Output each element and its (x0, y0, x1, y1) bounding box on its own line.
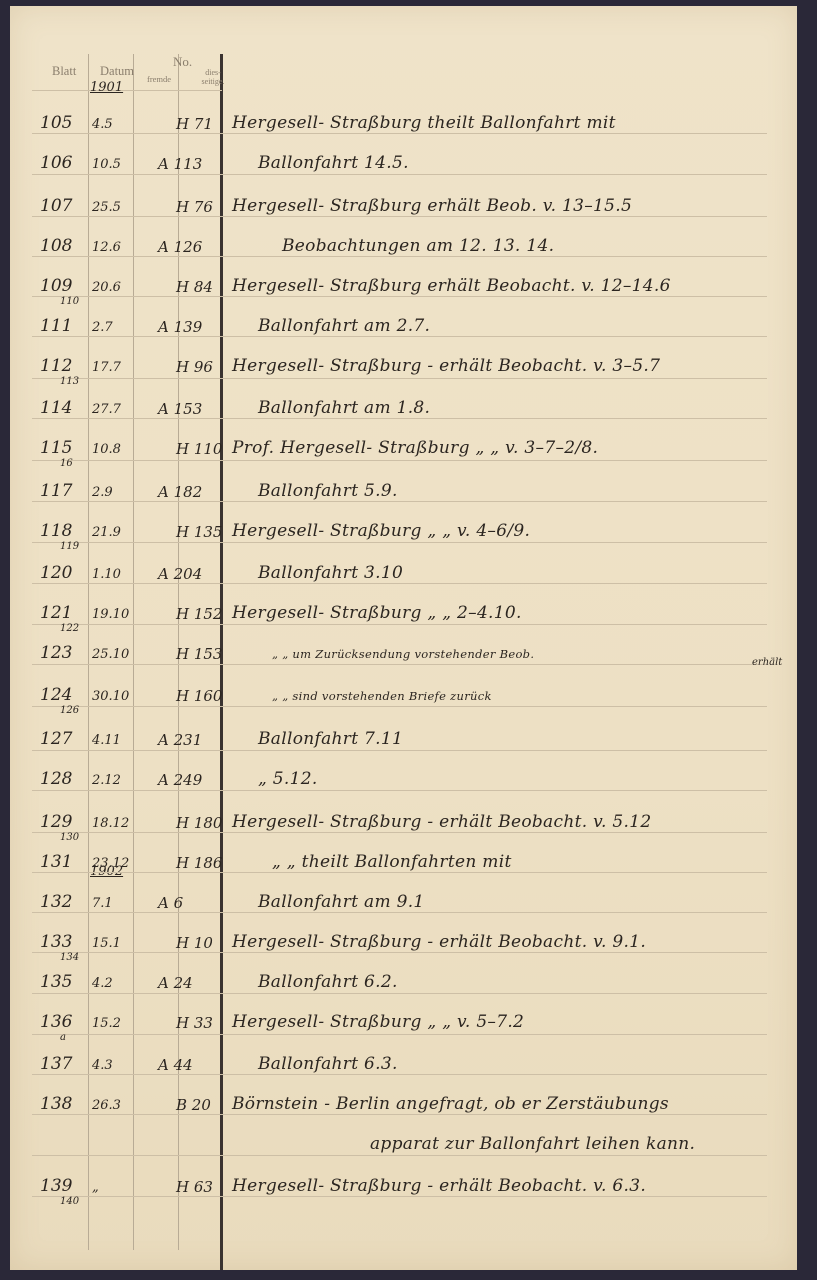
blatt-number: 123 (40, 643, 72, 663)
correspondence-number: H 135 (176, 523, 222, 541)
row-rule (32, 336, 767, 337)
row-rule (32, 216, 767, 217)
blatt-number: 132 (40, 892, 72, 912)
year-label: 1901 (90, 80, 123, 95)
row-rule (32, 1114, 767, 1115)
header-diesseitige: dies- seitige. (195, 68, 231, 86)
row-rule (32, 583, 767, 584)
correspondence-number: A 24 (158, 974, 193, 992)
row-rule (32, 174, 767, 175)
ledger-page: Blatt Datum No. fremde dies- seitige. 19… (10, 6, 797, 1270)
row-rule (32, 296, 767, 297)
correspondence-number: H 160 (176, 687, 222, 705)
column-divider (88, 54, 89, 1250)
entry-text: Hergesell- Straßburg - erhält Beobacht. … (232, 812, 651, 832)
correspondence-number: H 76 (176, 198, 213, 216)
blatt-number: 121 (40, 603, 72, 623)
entry-text: Ballonfahrt 6.2. (258, 972, 398, 992)
entry-text: Hergesell- Straßburg „ „ v. 4–6/9. (232, 521, 530, 541)
row-rule (32, 418, 767, 419)
blatt-sub-number: 130 (60, 832, 79, 843)
entry-date: 18.12 (92, 816, 129, 831)
entry-date: 7.1 (92, 896, 113, 911)
entry-text: „ „ um Zurücksendung vorstehender Beob. (272, 647, 534, 661)
entry-text: Ballonfahrt am 1.8. (258, 398, 430, 418)
correspondence-number: H 153 (176, 645, 222, 663)
entry-date: 23.12 (92, 856, 129, 871)
blatt-number: 112 (40, 356, 72, 376)
blatt-number: 137 (40, 1054, 72, 1074)
entry-text: „ „ sind vorstehenden Briefe zurück (272, 689, 492, 703)
entry-date: 17.7 (92, 360, 121, 375)
row-rule (32, 1196, 767, 1197)
correspondence-number: A 126 (158, 238, 202, 256)
correspondence-number: H 152 (176, 605, 222, 623)
entry-date: 12.6 (92, 240, 121, 255)
entry-text: Hergesell- Straßburg - erhält Beobacht. … (232, 932, 646, 952)
row-rule (32, 706, 767, 707)
header-rule (32, 90, 222, 91)
blatt-sub-number: a (60, 1032, 66, 1043)
entry-text: Ballonfahrt 5.9. (258, 481, 398, 501)
row-rule (32, 664, 767, 665)
column-divider (133, 54, 134, 1250)
entry-note: erhält (752, 657, 782, 668)
blatt-number: 136 (40, 1012, 72, 1032)
correspondence-number: A 153 (158, 400, 202, 418)
entry-date: 10.8 (92, 442, 121, 457)
correspondence-number: A 182 (158, 483, 202, 501)
blatt-number: 111 (40, 316, 72, 336)
header-blatt: Blatt (52, 64, 76, 79)
correspondence-number: A 113 (158, 155, 202, 173)
row-rule (32, 832, 767, 833)
correspondence-number: H 84 (176, 278, 213, 296)
row-rule (32, 501, 767, 502)
row-rule (32, 378, 767, 379)
entry-text: Ballonfahrt 7.11 (258, 729, 403, 749)
entry-text: Ballonfahrt am 9.1 (258, 892, 425, 912)
blatt-number: 133 (40, 932, 72, 952)
entry-text: Ballonfahrt 3.10 (258, 563, 403, 583)
correspondence-number: A 204 (158, 565, 202, 583)
row-rule (32, 542, 767, 543)
blatt-number: 118 (40, 521, 72, 541)
blatt-number: 128 (40, 769, 72, 789)
header-no: No. (173, 54, 192, 70)
entry-text: Hergesell- Straßburg erhält Beobacht. v.… (232, 276, 671, 296)
row-rule (32, 1155, 767, 1156)
row-rule (32, 1074, 767, 1075)
blatt-number: 135 (40, 972, 72, 992)
entry-date: 2.9 (92, 485, 113, 500)
entry-date: 4.2 (92, 976, 113, 991)
row-rule (32, 872, 767, 873)
row-rule (32, 1034, 767, 1035)
entry-text: „ 5.12. (258, 769, 318, 789)
entry-date: 10.5 (92, 157, 121, 172)
entry-text: Hergesell- Straßburg „ „ v. 5–7.2 (232, 1012, 524, 1032)
entry-date: 15.1 (92, 936, 121, 951)
entry-date: 20.6 (92, 280, 121, 295)
blatt-number: 115 (40, 438, 72, 458)
entry-text: Hergesell- Straßburg - erhält Beobacht. … (232, 1176, 646, 1196)
row-rule (32, 912, 767, 913)
blatt-sub-number: 110 (60, 296, 79, 307)
correspondence-number: H 186 (176, 854, 222, 872)
blatt-sub-number: 113 (60, 376, 79, 387)
blatt-sub-number: 122 (60, 623, 79, 634)
entry-text: Börnstein - Berlin angefragt, ob er Zers… (232, 1094, 669, 1114)
row-rule (32, 750, 767, 751)
entry-text: Hergesell- Straßburg erhält Beob. v. 13–… (232, 196, 632, 216)
entry-text: Ballonfahrt 6.3. (258, 1054, 398, 1074)
blatt-number: 105 (40, 113, 72, 133)
entry-text: Hergesell- Straßburg „ „ 2–4.10. (232, 603, 522, 623)
row-rule (32, 460, 767, 461)
entry-date: 27.7 (92, 402, 121, 417)
entry-text: Ballonfahrt 14.5. (258, 153, 409, 173)
blatt-number: 106 (40, 153, 72, 173)
entry-text: Ballonfahrt am 2.7. (258, 316, 430, 336)
row-rule (32, 133, 767, 134)
row-rule (32, 624, 767, 625)
correspondence-number: A 6 (158, 894, 183, 912)
entry-date: 4.3 (92, 1058, 113, 1073)
blatt-number: 108 (40, 236, 72, 256)
correspondence-number: A 249 (158, 771, 202, 789)
correspondence-number: A 139 (158, 318, 202, 336)
entry-date: „ (92, 1180, 99, 1195)
row-rule (32, 256, 767, 257)
header-datum: Datum (100, 64, 134, 79)
correspondence-number: H 10 (176, 934, 213, 952)
blatt-number: 124 (40, 685, 72, 705)
entry-date: 21.9 (92, 525, 121, 540)
entry-date: 4.5 (92, 117, 113, 132)
blatt-number: 109 (40, 276, 72, 296)
blatt-number: 131 (40, 852, 72, 872)
entry-text: Hergesell- Straßburg theilt Ballonfahrt … (232, 113, 616, 133)
blatt-sub-number: 126 (60, 705, 79, 716)
blatt-number: 138 (40, 1094, 72, 1114)
correspondence-number: H 96 (176, 358, 213, 376)
correspondence-number: H 110 (176, 440, 222, 458)
blatt-number: 120 (40, 563, 72, 583)
entry-text: Beobachtungen am 12. 13. 14. (282, 236, 554, 256)
correspondence-number: H 63 (176, 1178, 213, 1196)
correspondence-number: H 180 (176, 814, 222, 832)
blatt-number: 139 (40, 1176, 72, 1196)
entry-text: Prof. Hergesell- Straßburg „ „ v. 3–7–2/… (232, 438, 598, 458)
blatt-number: 107 (40, 196, 72, 216)
row-rule (32, 993, 767, 994)
entry-date: 4.11 (92, 733, 121, 748)
blatt-sub-number: 140 (60, 1196, 79, 1207)
correspondence-number: H 33 (176, 1014, 213, 1032)
entry-date: 2.7 (92, 320, 113, 335)
correspondence-number: A 231 (158, 731, 202, 749)
entry-date: 26.3 (92, 1098, 121, 1113)
blatt-number: 117 (40, 481, 72, 501)
entry-date: 1.10 (92, 567, 121, 582)
entry-date: 25.10 (92, 647, 129, 662)
entry-date: 15.2 (92, 1016, 121, 1031)
row-rule (32, 952, 767, 953)
entry-date: 25.5 (92, 200, 121, 215)
entry-text: „ „ theilt Ballonfahrten mit (272, 852, 512, 872)
entry-date: 19.10 (92, 607, 129, 622)
row-rule (32, 790, 767, 791)
entry-text: apparat zur Ballonfahrt leihen kann. (370, 1134, 695, 1154)
entry-text: Hergesell- Straßburg - erhält Beobacht. … (232, 356, 660, 376)
entry-date: 2.12 (92, 773, 121, 788)
blatt-number: 127 (40, 729, 72, 749)
blatt-sub-number: 119 (60, 541, 79, 552)
correspondence-number: A 44 (158, 1056, 193, 1074)
correspondence-number: B 20 (176, 1096, 211, 1114)
blatt-number: 129 (40, 812, 72, 832)
blatt-sub-number: 134 (60, 952, 79, 963)
correspondence-number: H 71 (176, 115, 213, 133)
header-fremde: fremde (147, 74, 171, 84)
entry-date: 30.10 (92, 689, 129, 704)
blatt-number: 114 (40, 398, 72, 418)
blatt-sub-number: 16 (60, 458, 73, 469)
